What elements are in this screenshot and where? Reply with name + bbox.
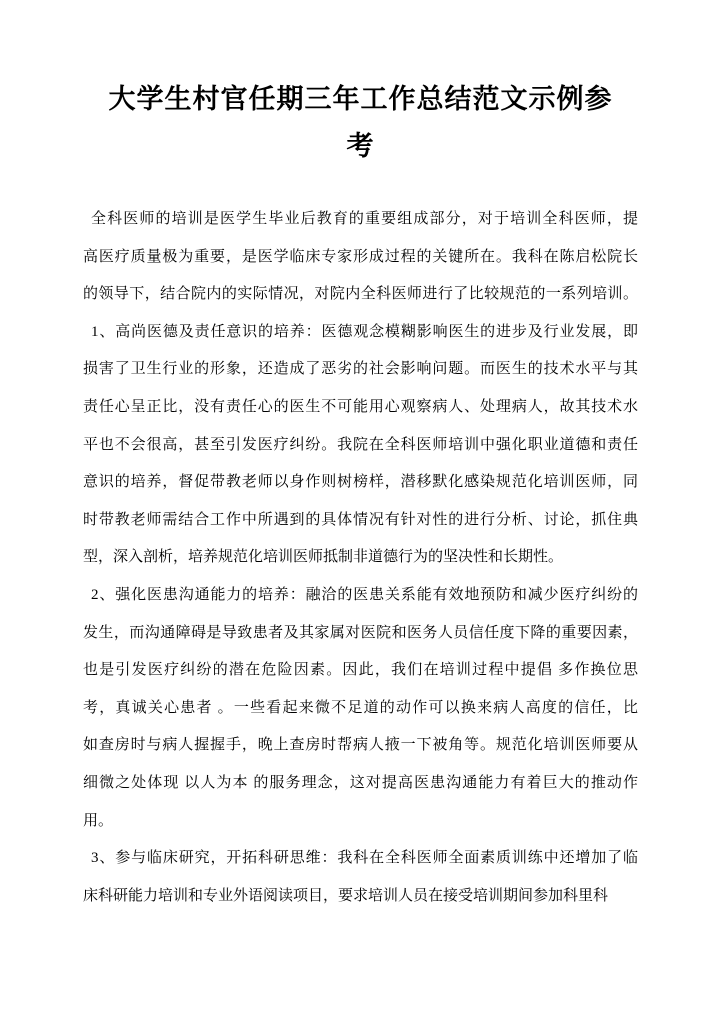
document-page: 大学生村官任期三年工作总结范文示例参 考 全科医师的培训是医学生毕业后教育的重要… xyxy=(0,0,721,1020)
text-line: 1、高尚医德及责任意识的培养：医德观念模糊影响医生的进步及行业发展，即 xyxy=(83,314,638,352)
text-line: 损害了卫生行业的形象，还造成了恶劣的社会影响问题。而医生的技术水平与其 xyxy=(83,351,638,389)
paragraph: 1、高尚医德及责任意识的培养：医德观念模糊影响医生的进步及行业发展，即损害了卫生… xyxy=(83,314,638,577)
paragraph: 2、强化医患沟通能力的培养：融洽的医患关系能有效地预防和减少医疗纠纷的发生，而沟… xyxy=(83,577,638,840)
text-line: 发生，而沟通障碍是导致患者及其家属对医院和医务人员信任度下降的重要因素， xyxy=(83,615,638,653)
text-line: 全科医师的培训是医学生毕业后教育的重要组成部分，对于培训全科医师，提 xyxy=(83,201,638,239)
paragraph: 3、参与临床研究，开拓科研思维：我科在全科医师全面素质训练中还增加了临床科研能力… xyxy=(83,840,638,915)
text-line: 细微之处体现 以人为本 的服务理念，这对提高医患沟通能力有着巨大的推动作 xyxy=(83,765,638,803)
text-line: 高医疗质量极为重要，是医学临床专家形成过程的关键所在。我科在陈启松院长 xyxy=(83,239,638,277)
text-line: 也是引发医疗纠纷的潜在危险因素。因此，我们在培训过程中提倡 多作换位思 xyxy=(83,652,638,690)
text-line: 的领导下，结合院内的实际情况，对院内全科医师进行了比较规范的一系列培训。 xyxy=(83,276,638,314)
text-line: 型，深入剖析，培养规范化培训医师抵制非道德行为的坚决性和长期性。 xyxy=(83,539,638,577)
title-line: 考 xyxy=(83,123,638,170)
title-line: 大学生村官任期三年工作总结范文示例参 xyxy=(83,76,638,123)
text-line: 责任心呈正比，没有责任心的医生不可能用心观察病人、处理病人，故其技术水 xyxy=(83,389,638,427)
text-line: 2、强化医患沟通能力的培养：融洽的医患关系能有效地预防和减少医疗纠纷的 xyxy=(83,577,638,615)
text-line: 如查房时与病人握握手，晚上查房时帮病人掖一下被角等。规范化培训医师要从 xyxy=(83,727,638,765)
text-line: 意识的培养，督促带教老师以身作则树榜样，潜移默化感染规范化培训医师，同 xyxy=(83,464,638,502)
text-line: 床科研能力培训和专业外语阅读项目，要求培训人员在接受培训期间参加科里科 xyxy=(83,878,638,916)
document-body: 全科医师的培训是医学生毕业后教育的重要组成部分，对于培训全科医师，提高医疗质量极… xyxy=(83,201,638,915)
text-line: 3、参与临床研究，开拓科研思维：我科在全科医师全面素质训练中还增加了临 xyxy=(83,840,638,878)
text-line: 时带教老师需结合工作中所遇到的具体情况有针对性的进行分析、讨论，抓住典 xyxy=(83,502,638,540)
text-line: 考，真诚关心患者 。一些看起来微不足道的动作可以换来病人高度的信任，比 xyxy=(83,690,638,728)
paragraph: 全科医师的培训是医学生毕业后教育的重要组成部分，对于培训全科医师，提高医疗质量极… xyxy=(83,201,638,314)
text-line: 平也不会很高，甚至引发医疗纠纷。我院在全科医师培训中强化职业道德和责任 xyxy=(83,427,638,465)
text-line: 用。 xyxy=(83,803,638,841)
document-title: 大学生村官任期三年工作总结范文示例参 考 xyxy=(83,76,638,170)
